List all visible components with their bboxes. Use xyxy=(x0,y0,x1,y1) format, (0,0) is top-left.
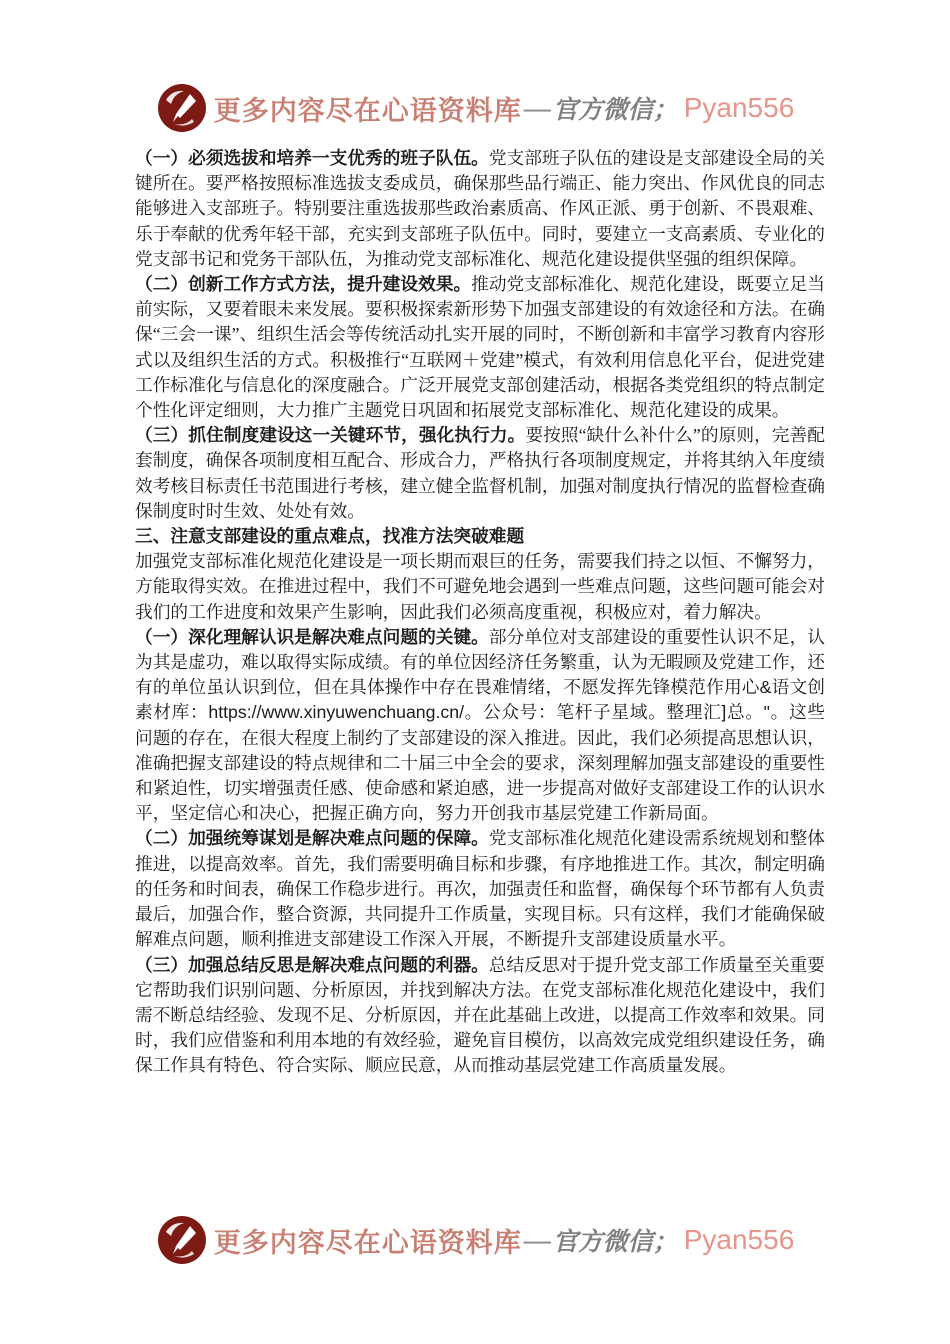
paragraph-deepen-understanding: （一）深化理解认识是解决难点问题的关键。部分单位对支部建设的重要性认识不足，认为… xyxy=(135,625,825,827)
paragraph-lead: （一）深化理解认识是解决难点问题的关键。 xyxy=(135,627,489,647)
document-page: 更多内容尽在心语资料库 — 官方微信； Pyan556 （一）必须选拔和培养一支… xyxy=(0,0,950,1344)
paragraph-team-building: （一）必须选拔和培养一支优秀的班子队伍。党支部班子队伍的建设是支部建设全局的关键… xyxy=(135,146,825,272)
watermark-wechat-id: Pyan556 xyxy=(684,1224,795,1256)
paragraph-text: 部分单位对支部建设的重要性认识不足，认为其是虚功，难以取得实际成绩。有的单位因经… xyxy=(135,627,825,823)
paragraph-work-methods: （二）创新工作方式方法，提升建设效果。推动党支部标准化、规范化建设，既要立足当前… xyxy=(135,272,825,423)
paragraph-lead: （二）创新工作方式方法，提升建设效果。 xyxy=(135,274,471,294)
paragraph-lead: （二）加强统筹谋划是解决难点问题的保障。 xyxy=(135,828,489,848)
paragraph-section-intro: 加强党支部标准化规范化建设是一项长期而艰巨的任务，需要我们持之以恒、不懈努力，方… xyxy=(135,549,825,625)
watermark-header: 更多内容尽在心语资料库 — 官方微信； Pyan556 xyxy=(0,80,950,136)
watermark-wechat-label: 官方微信； xyxy=(553,90,678,126)
paragraph-summary-reflection: （三）加强总结反思是解决难点问题的利器。总结反思对于提升党支部工作质量至关重要它… xyxy=(135,953,825,1079)
paragraph-system-building: （三）抓住制度建设这一关键环节，强化执行力。要按照“缺什么补什么”的原则，完善配… xyxy=(135,423,825,524)
paragraph-lead: （三）抓住制度建设这一关键环节，强化执行力。 xyxy=(135,425,525,445)
watermark-dash: — xyxy=(524,93,551,124)
watermark-wechat-id: Pyan556 xyxy=(684,92,795,124)
paragraph-text: 推动党支部标准化、规范化建设，既要立足当前实际，又要着眼未来发展。要积极探索新形… xyxy=(135,274,825,420)
paragraph-lead: （三）加强总结反思是解决难点问题的利器。 xyxy=(135,955,489,975)
document-body: （一）必须选拔和培养一支优秀的班子队伍。党支部班子队伍的建设是支部建设全局的关键… xyxy=(135,146,825,1079)
watermark-brand-text: 更多内容尽在心语资料库 xyxy=(214,1221,522,1260)
section-heading-three: 三、注意支部建设的重点难点，找准方法突破难题 xyxy=(135,524,825,549)
paragraph-lead: （一）必须选拔和培养一支优秀的班子队伍。 xyxy=(135,148,489,168)
pen-logo-icon xyxy=(156,1214,208,1266)
watermark-brand-text: 更多内容尽在心语资料库 xyxy=(214,89,522,128)
paragraph-overall-planning: （二）加强统筹谋划是解决难点问题的保障。党支部标准化规范化建设需系统规划和整体推… xyxy=(135,826,825,952)
watermark-dash: — xyxy=(524,1225,551,1256)
pen-logo-icon xyxy=(156,82,208,134)
paragraph-text: 加强党支部标准化规范化建设是一项长期而艰巨的任务，需要我们持之以恒、不懈努力，方… xyxy=(135,551,825,621)
watermark-footer: 更多内容尽在心语资料库 — 官方微信； Pyan556 xyxy=(0,1212,950,1268)
watermark-wechat-label: 官方微信； xyxy=(553,1222,678,1258)
